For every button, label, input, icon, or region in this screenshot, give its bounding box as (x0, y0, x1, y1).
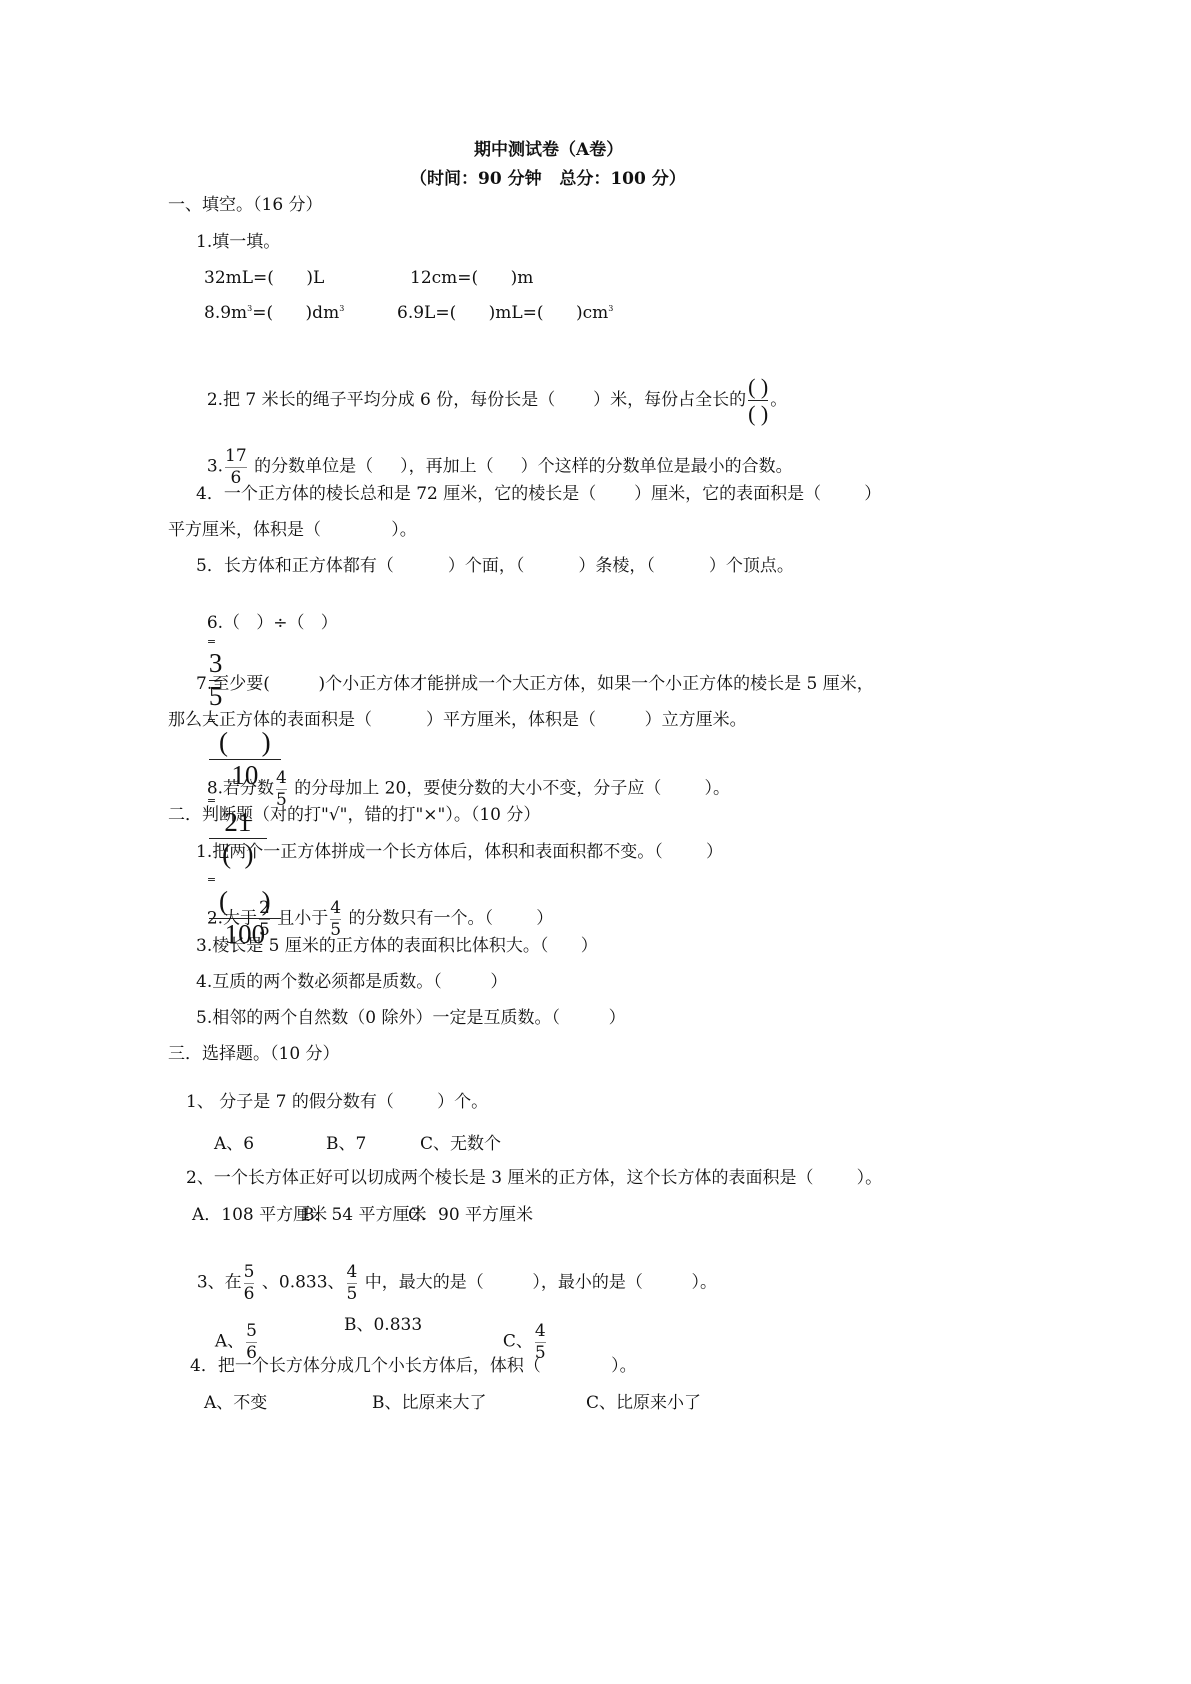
choice-q1-c: C、无数个 (420, 1136, 501, 1153)
q3-fraction: 176 (225, 447, 247, 487)
q1-item-d: 6.9L=( )mL=( )cm3 (397, 305, 613, 322)
q3: 3.176 的分数单位是（ ），再加上（ ）个这样的分数单位是最小的合数。 (196, 430, 793, 487)
q1-item-a: 32mL=( )L (204, 270, 324, 287)
q1-label: 1.填一填。 (196, 234, 280, 251)
q2-fraction: ( )( ) (748, 375, 768, 426)
q2: 2.把 7 米长的绳子平均分成 6 份，每份长是（ ）米，每份占全长的( )( … (196, 358, 787, 426)
judge-item-3: 3.棱长是 5 厘米的正方体的表面积比体积大。（ ） (196, 938, 598, 955)
section2-heading: 二．判断题（对的打"√"，错的打"×"）。（10 分） (168, 807, 540, 824)
q4-line1: 4．一个正方体的棱长总和是 72 厘米，它的棱长是（ ）厘米，它的表面积是（ ） (196, 486, 881, 503)
judge-item-5: 5.相邻的两个自然数（0 除外）一定是互质数。（ ） (196, 1010, 626, 1027)
choice-q3-c: C、45 (492, 1305, 548, 1362)
q8-fraction: 45 (276, 769, 287, 809)
judge-item-1: 1.把两个一正方体拼成一个长方体后，体积和表面积都不变。（ ） (196, 844, 723, 861)
choice-q4-c: C、比原来小了 (586, 1395, 701, 1412)
q4-line2: 平方厘米，体积是（ ）。 (168, 522, 417, 539)
section1-heading: 一、填空。（16 分） (168, 197, 323, 214)
section3-heading: 三．选择题。（10 分） (168, 1046, 340, 1063)
choice-q3-b: B、0.833 (344, 1317, 422, 1334)
choice-q4: 4．把一个长方体分成几个小长方体后，体积（ ）。 (190, 1358, 637, 1375)
q7-line2: 那么大正方体的表面积是（ ）平方厘米，体积是（ ）立方厘米。 (168, 712, 747, 729)
judge-item-2: 2.大于25 且小于45 的分数只有一个。（ ） (196, 882, 553, 939)
choice-q3: 3、在56 、0.833、45 中，最大的是（ ），最小的是（ ）。 (186, 1246, 717, 1303)
choice-q2-c: C．90 平方厘米 (408, 1207, 533, 1224)
choice-q1-a: A、6 (214, 1136, 254, 1153)
choice-q1: 1、 分子是 7 的假分数有（ ）个。 (186, 1094, 488, 1111)
choice-q2: 2、一个长方体正好可以切成两个棱长是 3 厘米的正方体，这个长方体的表面积是（ … (186, 1170, 882, 1187)
q1-item-c: 8.9m3=( )dm3 (204, 305, 344, 322)
choice-q1-b: B、7 (326, 1136, 366, 1153)
page-subtitle: （时间：90 分钟 总分：100 分） (410, 171, 686, 188)
choice-q4-a: A、不变 (204, 1395, 267, 1412)
q7-line1: 7.至少要( )个小正方体才能拼成一个大正方体，如果一个小正方体的棱长是 5 厘… (196, 676, 874, 693)
page-title: 期中测试卷（A卷） (474, 142, 623, 159)
q5: 5．长方体和正方体都有（ ）个面，（ ）条棱，（ ）个顶点。 (196, 558, 794, 575)
q8: 8.若分数45 的分母加上 20，要使分数的大小不变，分子应（ ）。 (196, 752, 730, 809)
choice-q4-b: B、比原来大了 (372, 1395, 487, 1412)
q1-item-b: 12cm=( )m (410, 270, 533, 287)
choice-q3-a: A、56 (204, 1305, 259, 1362)
judge-item-4: 4.互质的两个数必须都是质数。（ ） (196, 974, 507, 991)
